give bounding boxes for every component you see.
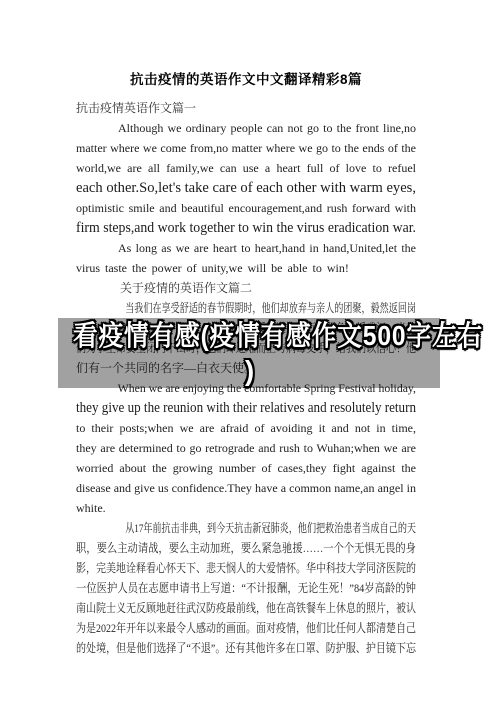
text-line: 的处境，但是他们选择了“不退”。还有其他许多在口罩、防护服、护目镜下忘 [76, 638, 416, 658]
text-line: each other.So,let's take care of each ot… [76, 178, 416, 198]
text-line: 从17年前抗击非典，到今天抗击新冠肺炎，他们把救治患者当成自己的天 [76, 518, 416, 538]
text-line: virus taste the power of unity,we will b… [76, 258, 416, 278]
text-line: they give up the reunion with their rela… [76, 398, 416, 418]
page-title: 抗击疫情的英语作文中文翻译精彩8篇 [76, 70, 416, 90]
text-line: As long as we are heart to heart,hand in… [76, 238, 416, 258]
watermark-title-line1: 看疫情有感(疫情有感作文500字左右 [45, 319, 455, 357]
text-line: 抗击疫情英语作文篇一 [76, 98, 416, 118]
text-line: optimistic smile and beautiful encourage… [76, 198, 416, 218]
text-line: 关于疫情的英语作文篇二 [76, 278, 416, 298]
text-line: matter where we come from,no matter wher… [76, 138, 416, 158]
text-line: 职，要么主动请战，要么主动加班，要么紧急驰援……一个个无惧无畏的身 [76, 538, 416, 558]
text-line: world,we are all family,we can use a hea… [76, 158, 416, 178]
text-line: Although we ordinary people can not go t… [76, 118, 416, 138]
text-line: white. [76, 498, 416, 518]
text-line: firm steps,and work together to win the … [76, 218, 416, 238]
text-line: 当我们在享受舒适的春节假期时，他们却放弃与亲人的团聚，毅然返回岗 [76, 298, 416, 318]
watermark-title: 看疫情有感(疫情有感作文500字左右 ) [45, 319, 455, 390]
text-line: 为是2022年开年以来最令人感动的画面。面对疫情，他们比任何人都清楚自己 [76, 618, 416, 638]
text-line: 影，完美地诠释看心怀天下、悲天悯人的大爱情怀。华中科技大学同济医院的 [76, 558, 416, 578]
text-line: disease and give us confidence.They have… [76, 478, 416, 498]
text-line: they are determined to go retrograde and… [76, 438, 416, 458]
text-line: 一位医护人员在志愿申请书上写道：“不计报酬，无论生死！”84岁高龄的钟 [76, 578, 416, 598]
watermark-title-line2: ) [45, 357, 455, 390]
document-page: 抗击疫情的英语作文中文翻译精彩8篇 抗击疫情英语作文篇一Although we … [0, 0, 500, 707]
text-line: 南山院士义无反顾地赶往武汉防疫最前线，他在高铁餐车上休息的照片，被认 [76, 598, 416, 618]
text-line: to their posts;when we are afraid of avo… [76, 418, 416, 438]
text-line: worried about the growing number of case… [76, 458, 416, 478]
